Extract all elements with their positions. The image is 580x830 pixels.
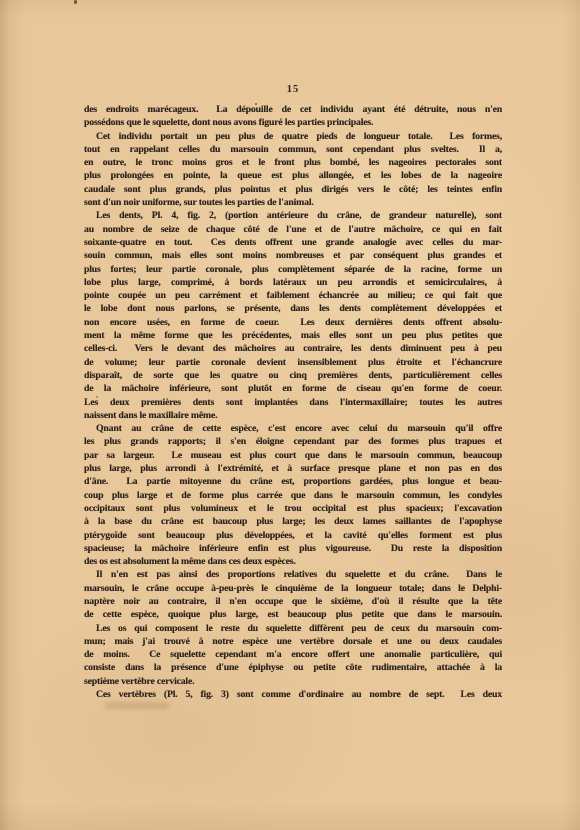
ink-speck xyxy=(74,0,77,4)
text-line: disparaît, de sorte que les quatre ou ci… xyxy=(84,369,502,382)
text-line: plus fortes; leur partie coronale, plus … xyxy=(84,263,502,276)
text-line: des endroits marécageux. La dépouille de… xyxy=(84,103,502,116)
text-line: possédons que le squelette, dont nous av… xyxy=(84,116,502,129)
text-line: naissent dans le maxillaire même. xyxy=(84,409,502,422)
text-line: ptérygoïde sont beaucoup plus développée… xyxy=(84,529,502,542)
text-line: marsouin, le crâne occupe à-peu-près le … xyxy=(84,582,502,595)
text-line: de moins. Ce squelette cependant m'a enc… xyxy=(84,648,502,661)
text-line: Il n'en est pas ainsi des proportions re… xyxy=(84,568,502,581)
text-line: Les dents, Pl. 4, fig. 2, (portion antér… xyxy=(84,209,502,222)
text-line: en outre, le tronc moins gros et le fron… xyxy=(84,156,502,169)
text-line: d'âne. La partie mitoyenne du crâne est,… xyxy=(84,475,502,488)
text-line: consiste dans la présence d'une épiphyse… xyxy=(84,661,502,674)
text-line: caudale sont plus grands, plus pointus e… xyxy=(84,183,502,196)
text-line: de la mâchoire inférieure, sont plutôt e… xyxy=(84,382,502,395)
ink-speck xyxy=(255,103,257,105)
text-line: sont d'un noir uniforme, sur toutes les … xyxy=(84,196,502,209)
text-line: lobe plus large, comprimé, à bords latér… xyxy=(84,276,502,289)
text-line: occipitaux sont plus volumineux et le tr… xyxy=(84,502,502,515)
text-line: mun; mais j'ai trouvé à notre espèce une… xyxy=(84,635,502,648)
paragraph: Les dents, Pl. 4, fig. 2, (portion antér… xyxy=(84,209,502,422)
text-line: le lobe dont nous parlons, se présente, … xyxy=(84,302,502,315)
text-line: à la base du crâne est baucoup plus larg… xyxy=(84,515,502,528)
ghost-text-smudge xyxy=(105,702,169,709)
text-line: Les deux premières dents sont implantées… xyxy=(84,396,502,409)
text-line: septième vertèbre cervicale. xyxy=(84,675,502,688)
text-block: des endroits marécageux. La dépouille de… xyxy=(84,103,502,701)
text-line: de volume; leur partie coronale devient … xyxy=(84,356,502,369)
text-line: Ces vertèbres (Pl. 5, fig. 3) sont comme… xyxy=(84,688,502,701)
text-line: soixante-quatre en tout. Ces dents offre… xyxy=(84,236,502,249)
page-number: 15 xyxy=(84,84,502,96)
scanned-book-page: { "colors": { "paper": "#e8c79a", "ink":… xyxy=(0,0,580,830)
text-line: Qnant au crâne de cette espèce, c'est en… xyxy=(84,422,502,435)
text-line: des os est absolument la même dans ces d… xyxy=(84,555,502,568)
paragraph: Ces vertèbres (Pl. 5, fig. 3) sont comme… xyxy=(84,688,502,701)
text-line: les plus grands rapports; il s'en éloign… xyxy=(84,435,502,448)
text-line: non encore usées, en forme de coeur. Les… xyxy=(84,316,502,329)
text-line: spacieuse; la mâchoire inférieure enfin … xyxy=(84,542,502,555)
paragraph: Il n'en est pas ainsi des proportions re… xyxy=(84,568,502,621)
paragraph: des endroits marécageux. La dépouille de… xyxy=(84,103,502,130)
text-line: de cette espèce, quoique plus large, est… xyxy=(84,608,502,621)
paragraph: Les os qui composent le reste du squelet… xyxy=(84,622,502,688)
text-line: naptère noir au contraire, il n'en occup… xyxy=(84,595,502,608)
text-line: plus large, plus arrondi à l'extrémité, … xyxy=(84,462,502,475)
text-line: pointe coupée un peu carrément et faible… xyxy=(84,289,502,302)
ink-speck xyxy=(96,396,98,398)
text-line: ment la même forme que les précédentes, … xyxy=(84,329,502,342)
text-line: plus prolongées en pointe, la queue est … xyxy=(84,169,502,182)
text-line: au nombre de seize de chaque côté de l'u… xyxy=(84,223,502,236)
paragraph: Qnant au crâne de cette espèce, c'est en… xyxy=(84,422,502,568)
text-line: Cet individu portait un peu plus de quat… xyxy=(84,130,502,143)
paragraph: Cet individu portait un peu plus de quat… xyxy=(84,130,502,210)
text-line: tout en rappelant celles du marsouin com… xyxy=(84,143,502,156)
text-line: par sa largeur. Le museau est plus court… xyxy=(84,449,502,462)
text-line: coup plus large et de forme plus carrée … xyxy=(84,489,502,502)
text-line: souin commun, mais elles sont moins nomb… xyxy=(84,249,502,262)
text-line: Les os qui composent le reste du squelet… xyxy=(84,622,502,635)
text-line: celles-ci. Vers le devant des mâchoires … xyxy=(84,342,502,355)
